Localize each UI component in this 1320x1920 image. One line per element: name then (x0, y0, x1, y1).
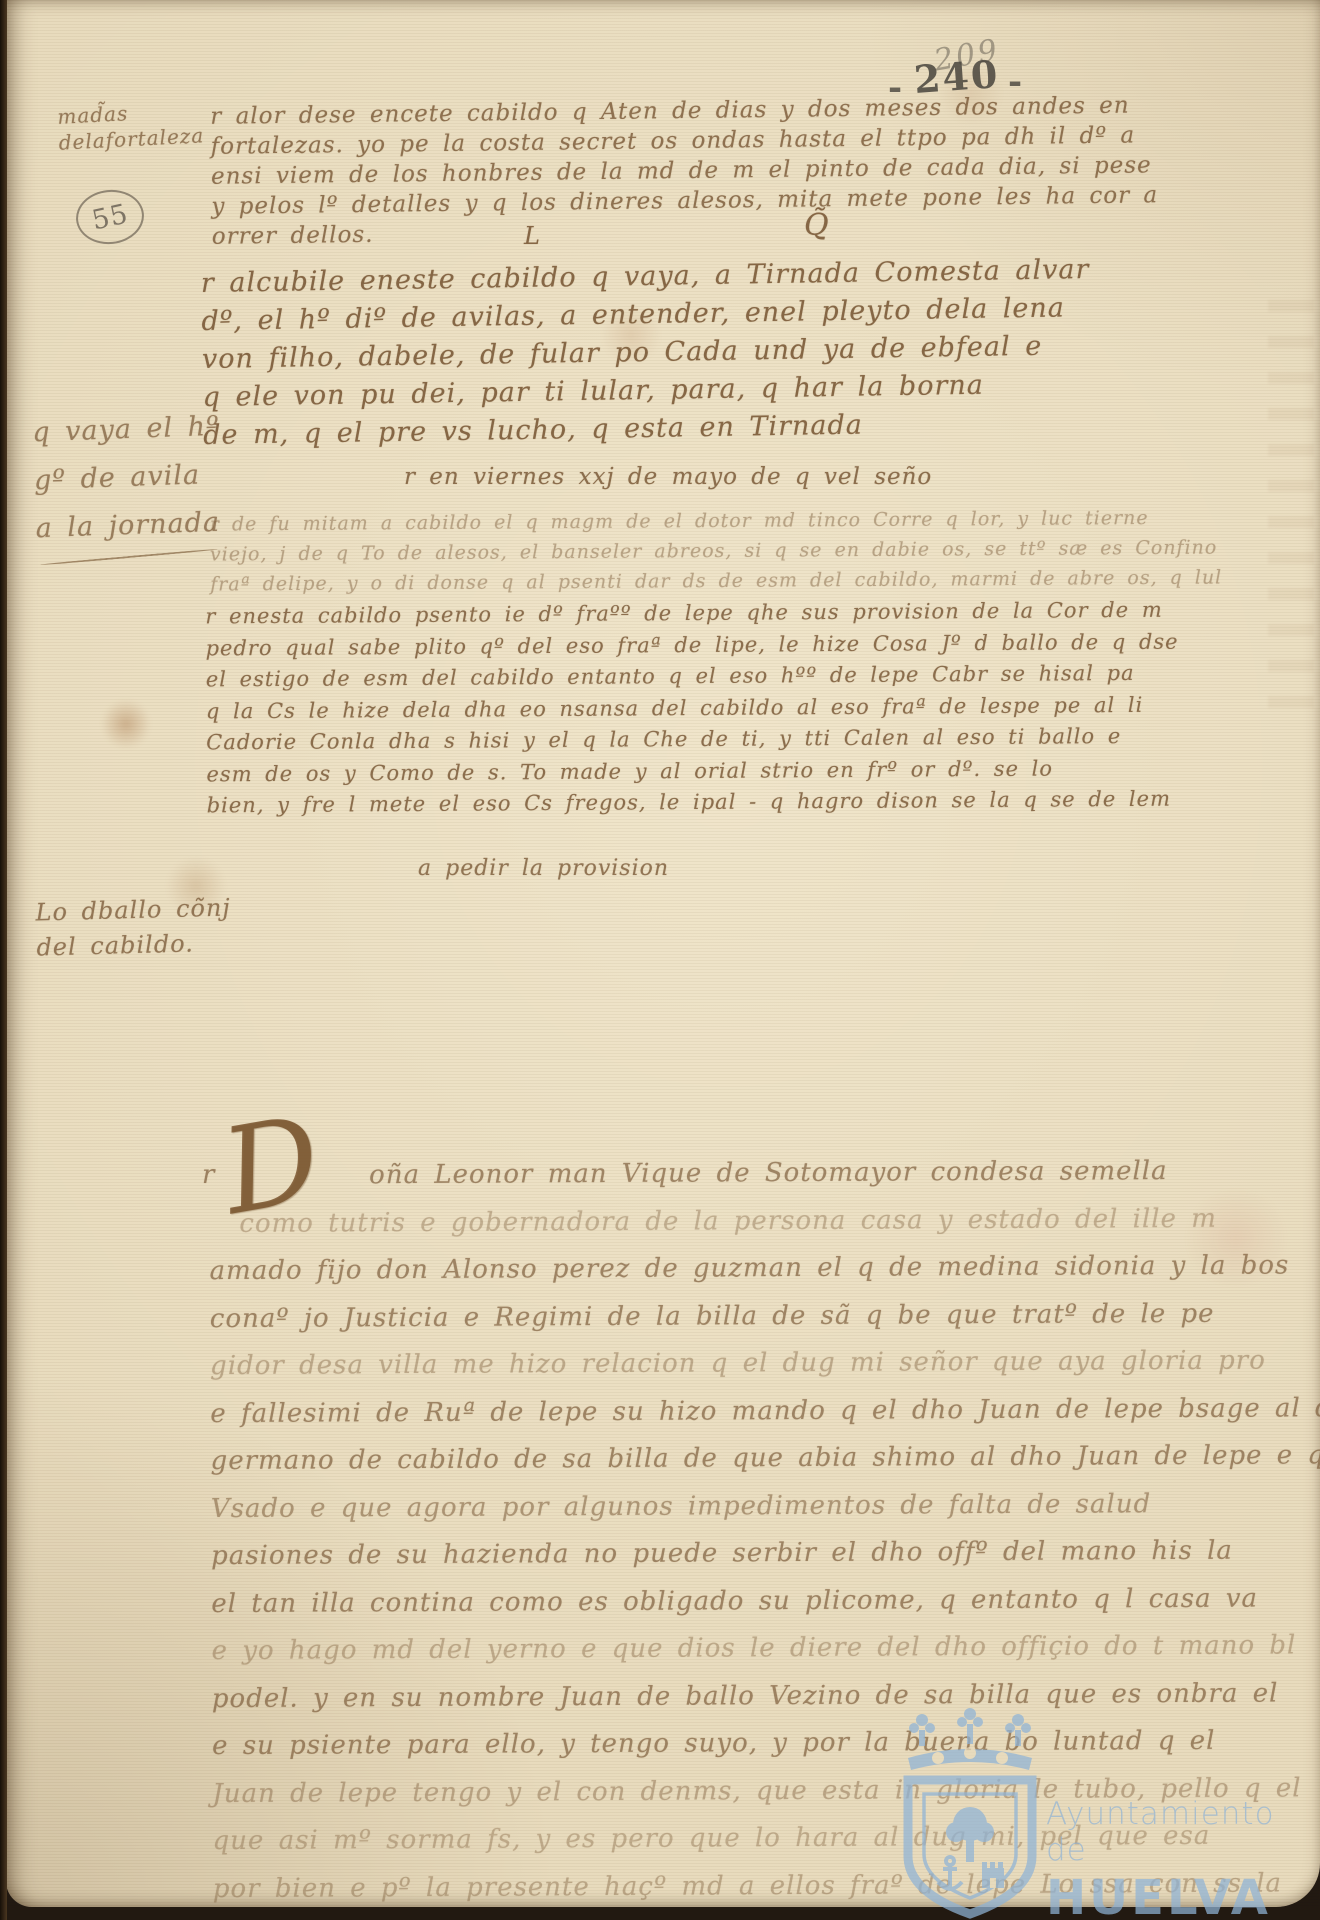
paragraph-vaya-jornada: r alcubile eneste cabildo q vaya, a Tirn… (201, 251, 1093, 455)
manuscript-line: e fallesimi de Ruª de lepe su hizo mando… (210, 1384, 1320, 1438)
margin-note-line: del cabildo. (36, 925, 232, 965)
ink-stain (102, 698, 150, 750)
manuscript-page: 209 - 240 - 55 mad̃as delafortaleza q va… (6, 0, 1320, 1907)
archive-number: 55 (89, 198, 131, 236)
manuscript-line: podel. y en su nombre Juan de ballo Vezi… (212, 1669, 1320, 1723)
margin-note-maderas: mad̃as delafortaleza (57, 96, 205, 156)
manuscript-line: como tutris e gobernadora de la persona … (209, 1194, 1320, 1248)
manuscript-scan: 209 - 240 - 55 mad̃as delafortaleza q va… (0, 0, 1320, 1920)
scan-left-edge (0, 0, 7, 1920)
ink-showthrough (1268, 300, 1314, 720)
margin-note-cabildo: Lo dballo cõnj del cabildo. (35, 890, 232, 965)
margin-note-line: a la jornada (35, 499, 224, 554)
manuscript-line: que asi mº sorma fs, y es pero que lo ha… (213, 1812, 1320, 1866)
manuscript-line: el tan illa contina como es obligado su … (211, 1574, 1320, 1628)
manuscript-line: conaº jo Justicia e Regimi de la billa d… (210, 1289, 1320, 1343)
interline-mark-l: L (524, 222, 541, 250)
date-heading-viernes: r en viernes xxj de mayo de q vel seño (404, 464, 932, 490)
manuscript-line: oña Leonor man Vique de Sotomayor condes… (209, 1147, 1320, 1201)
manuscript-line: Juan de lepe tengo y el con denms, que e… (212, 1764, 1320, 1818)
manuscript-line: germano de cabildo de sa billa de que ab… (211, 1432, 1320, 1486)
paragraph-dona-leonor: oña Leonor man Vique de Sotomayor condes… (209, 1147, 1320, 1913)
archive-number-circle: 55 (73, 187, 146, 248)
margin-note-line: q vaya el hº (32, 403, 221, 458)
manuscript-line: gidor desa villa me hizo relacion q el d… (210, 1337, 1320, 1391)
margin-note-vaya-avila: q vaya el hº gº de avila a la jornada (32, 403, 224, 553)
paragraph-provision: r enesta cabildo psento ie dº fraºº de l… (205, 595, 1180, 822)
centered-line-provision: a pedir la provision (418, 856, 669, 881)
paragraph-ayuntamiento-faded: r de fu mitam a cabildo el q magm de el … (210, 502, 1223, 599)
manuscript-line: bien, y fre l mete el eso Cs fregos, le … (207, 784, 1180, 822)
manuscript-line: Vsado e que agora por algunos impediment… (211, 1479, 1320, 1533)
interline-mark-q: Q̃ (804, 208, 830, 243)
manuscript-line: por bien e pº la presente haçº md a ello… (213, 1859, 1320, 1913)
manuscript-line: e yo hago md del yerno e que dios le die… (212, 1622, 1320, 1676)
manuscript-line: e su psiente para ello, y tengo suyo, y … (212, 1717, 1320, 1771)
manuscript-line: pasiones de su hazienda no puede serbir … (211, 1527, 1320, 1581)
manuscript-line: amado fijo don Alonso perez de guzman el… (210, 1242, 1320, 1296)
manuscript-line: fraª delipe, y o di donse q al psenti da… (210, 562, 1222, 599)
margin-note-line: Lo dballo cõnj (35, 890, 231, 930)
margin-note-line: gº de avila (33, 451, 222, 506)
paragraph-cabildo-maderas: r alor dese encete cabildo q Aten de dia… (210, 90, 1159, 252)
